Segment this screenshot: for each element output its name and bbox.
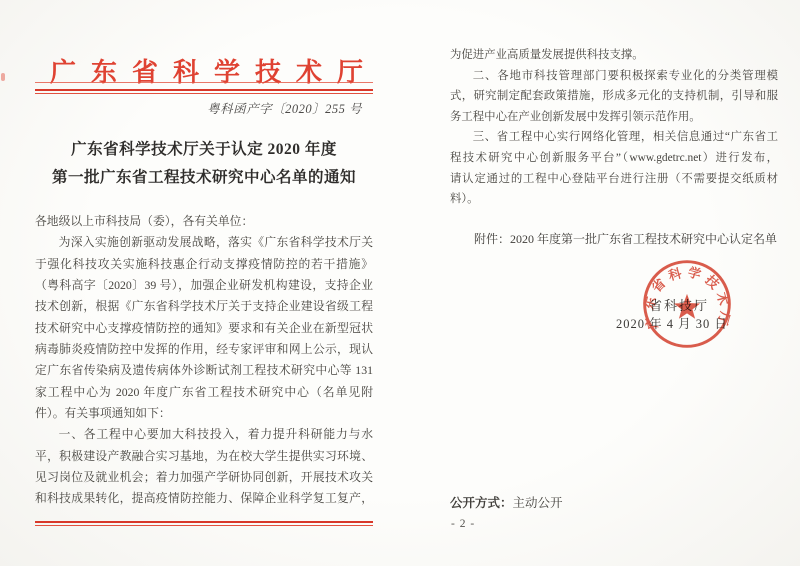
body-line: 家工程中心为 2020 年度广东省工程技术研究中心（名单见附 xyxy=(35,382,373,403)
body-line: （粤科高字〔2020〕39 号），加强企业研发机构建设，支持企业 xyxy=(35,275,373,296)
body-line: 为深入实施创新驱动发展战略，落实《广东省科学技术厅关 xyxy=(35,232,373,253)
body-line: 为促进产业高质量发展提供科技支撑。 xyxy=(450,45,778,66)
page-1-footer-rule xyxy=(35,521,373,526)
body-line: 见习岗位及就业机会；着力加强产学研协同创新，开展技术攻关 xyxy=(35,467,373,488)
seal-star-icon xyxy=(674,294,700,319)
body-line: 务工程中心在产业创新发展中发挥引领示范作用。 xyxy=(450,107,778,128)
seal-graphic: 广东省科学技术厅 xyxy=(641,256,733,352)
document-title-line-2: 第一批广东省工程技术研究中心名单的通知 xyxy=(35,164,373,192)
body-line: 病毒肺炎疫情防控中发挥的作用，经专家评审和网上公示，现认 xyxy=(35,339,373,360)
letterhead-rule-thin xyxy=(35,82,373,83)
scanned-document: 广东省科学技术厅 粤科函产字〔2020〕255 号 广东省科学技术厅关于认定 2… xyxy=(0,0,800,566)
body-line: 技术研究中心支撑疫情防控的通知》要求和有关企业在新型冠状 xyxy=(35,318,373,339)
page-2-body: 为促进产业高质量发展提供科技支撑。二、各地市科技管理部门要积极探索专业化的分类管… xyxy=(450,45,778,210)
body-line: 一、各工程中心要加大科技投入，着力提升科研能力与水 xyxy=(35,424,373,445)
body-line: 三、省工程中心实行网络化管理，相关信息通过“广东省工 xyxy=(450,127,778,148)
document-title: 广东省科学技术厅关于认定 2020 年度 第一批广东省工程技术研究中心名单的通知 xyxy=(35,136,373,192)
body-line: 定广东省传染病及遗传病体外诊断试剂工程技术研究中心等 131 xyxy=(35,360,373,381)
body-line: 件）。有关事项通知如下： xyxy=(35,403,373,424)
scan-artifact xyxy=(1,73,5,81)
official-seal: 广东省科学技术厅 xyxy=(641,256,733,352)
body-line: 技术创新，根据《广东省科学技术厅关于支持企业建设省级工程 xyxy=(35,296,373,317)
document-title-line-1: 广东省科学技术厅关于认定 2020 年度 xyxy=(35,136,373,164)
body-line: 二、各地市科技管理部门要积极探索专业化的分类管理模 xyxy=(450,66,778,87)
document-number: 粤科函产字〔2020〕255 号 xyxy=(35,99,362,117)
body-line: 各地级以上市科技局（委），各有关单位： xyxy=(35,211,373,232)
disclosure-value: 主动公开 xyxy=(513,496,563,510)
body-line: 式，研究制定配套政策措施，形成多元化的支持机制，引导和服 xyxy=(450,86,778,107)
page-number: - 2 - xyxy=(451,518,475,530)
body-line: 程技术研究中心创新服务平台”（www.gdetrc.net）进行发布， xyxy=(450,148,778,169)
page-1-body: 各地级以上市科技局（委），各有关单位：为深入实施创新驱动发展战略，落实《广东省科… xyxy=(35,211,373,510)
body-line: 平，积极建设产教融合实习基地，为在校大学生提供实习环境、 xyxy=(35,446,373,467)
disclosure-line: 公开方式：主动公开 xyxy=(450,493,563,511)
body-line: 料）。 xyxy=(450,189,778,210)
attachment-line: 附件：2020 年度第一批广东省工程技术研究中心认定名单 xyxy=(450,230,778,247)
body-line: 于强化科技攻关实施科技惠企行动支撑疫情防控的若干措施》 xyxy=(35,254,373,275)
agency-letterhead: 广东省科学技术厅 xyxy=(35,52,373,89)
body-line: 和科技成果转化，提高疫情防控能力、保障企业科学复工复产， xyxy=(35,488,373,509)
body-line: 请认定通过的工程中心登陆平台进行注册（不需要提交纸质材 xyxy=(450,169,778,190)
disclosure-label: 公开方式： xyxy=(450,496,513,510)
letterhead-rule-thick xyxy=(35,89,373,94)
